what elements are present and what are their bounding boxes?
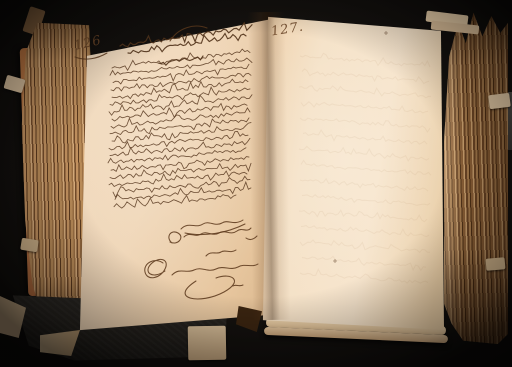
right-page <box>258 12 448 337</box>
fore-edge-page-block <box>444 6 508 344</box>
repair-tab-right-lower <box>486 257 506 271</box>
repair-tab-bottom <box>188 326 227 361</box>
repair-tab-right-top <box>488 93 511 109</box>
left-page <box>78 14 273 334</box>
repair-tab-left-lower <box>20 238 39 253</box>
photo-of-open-manuscript-book: 126 127. <box>0 0 512 367</box>
